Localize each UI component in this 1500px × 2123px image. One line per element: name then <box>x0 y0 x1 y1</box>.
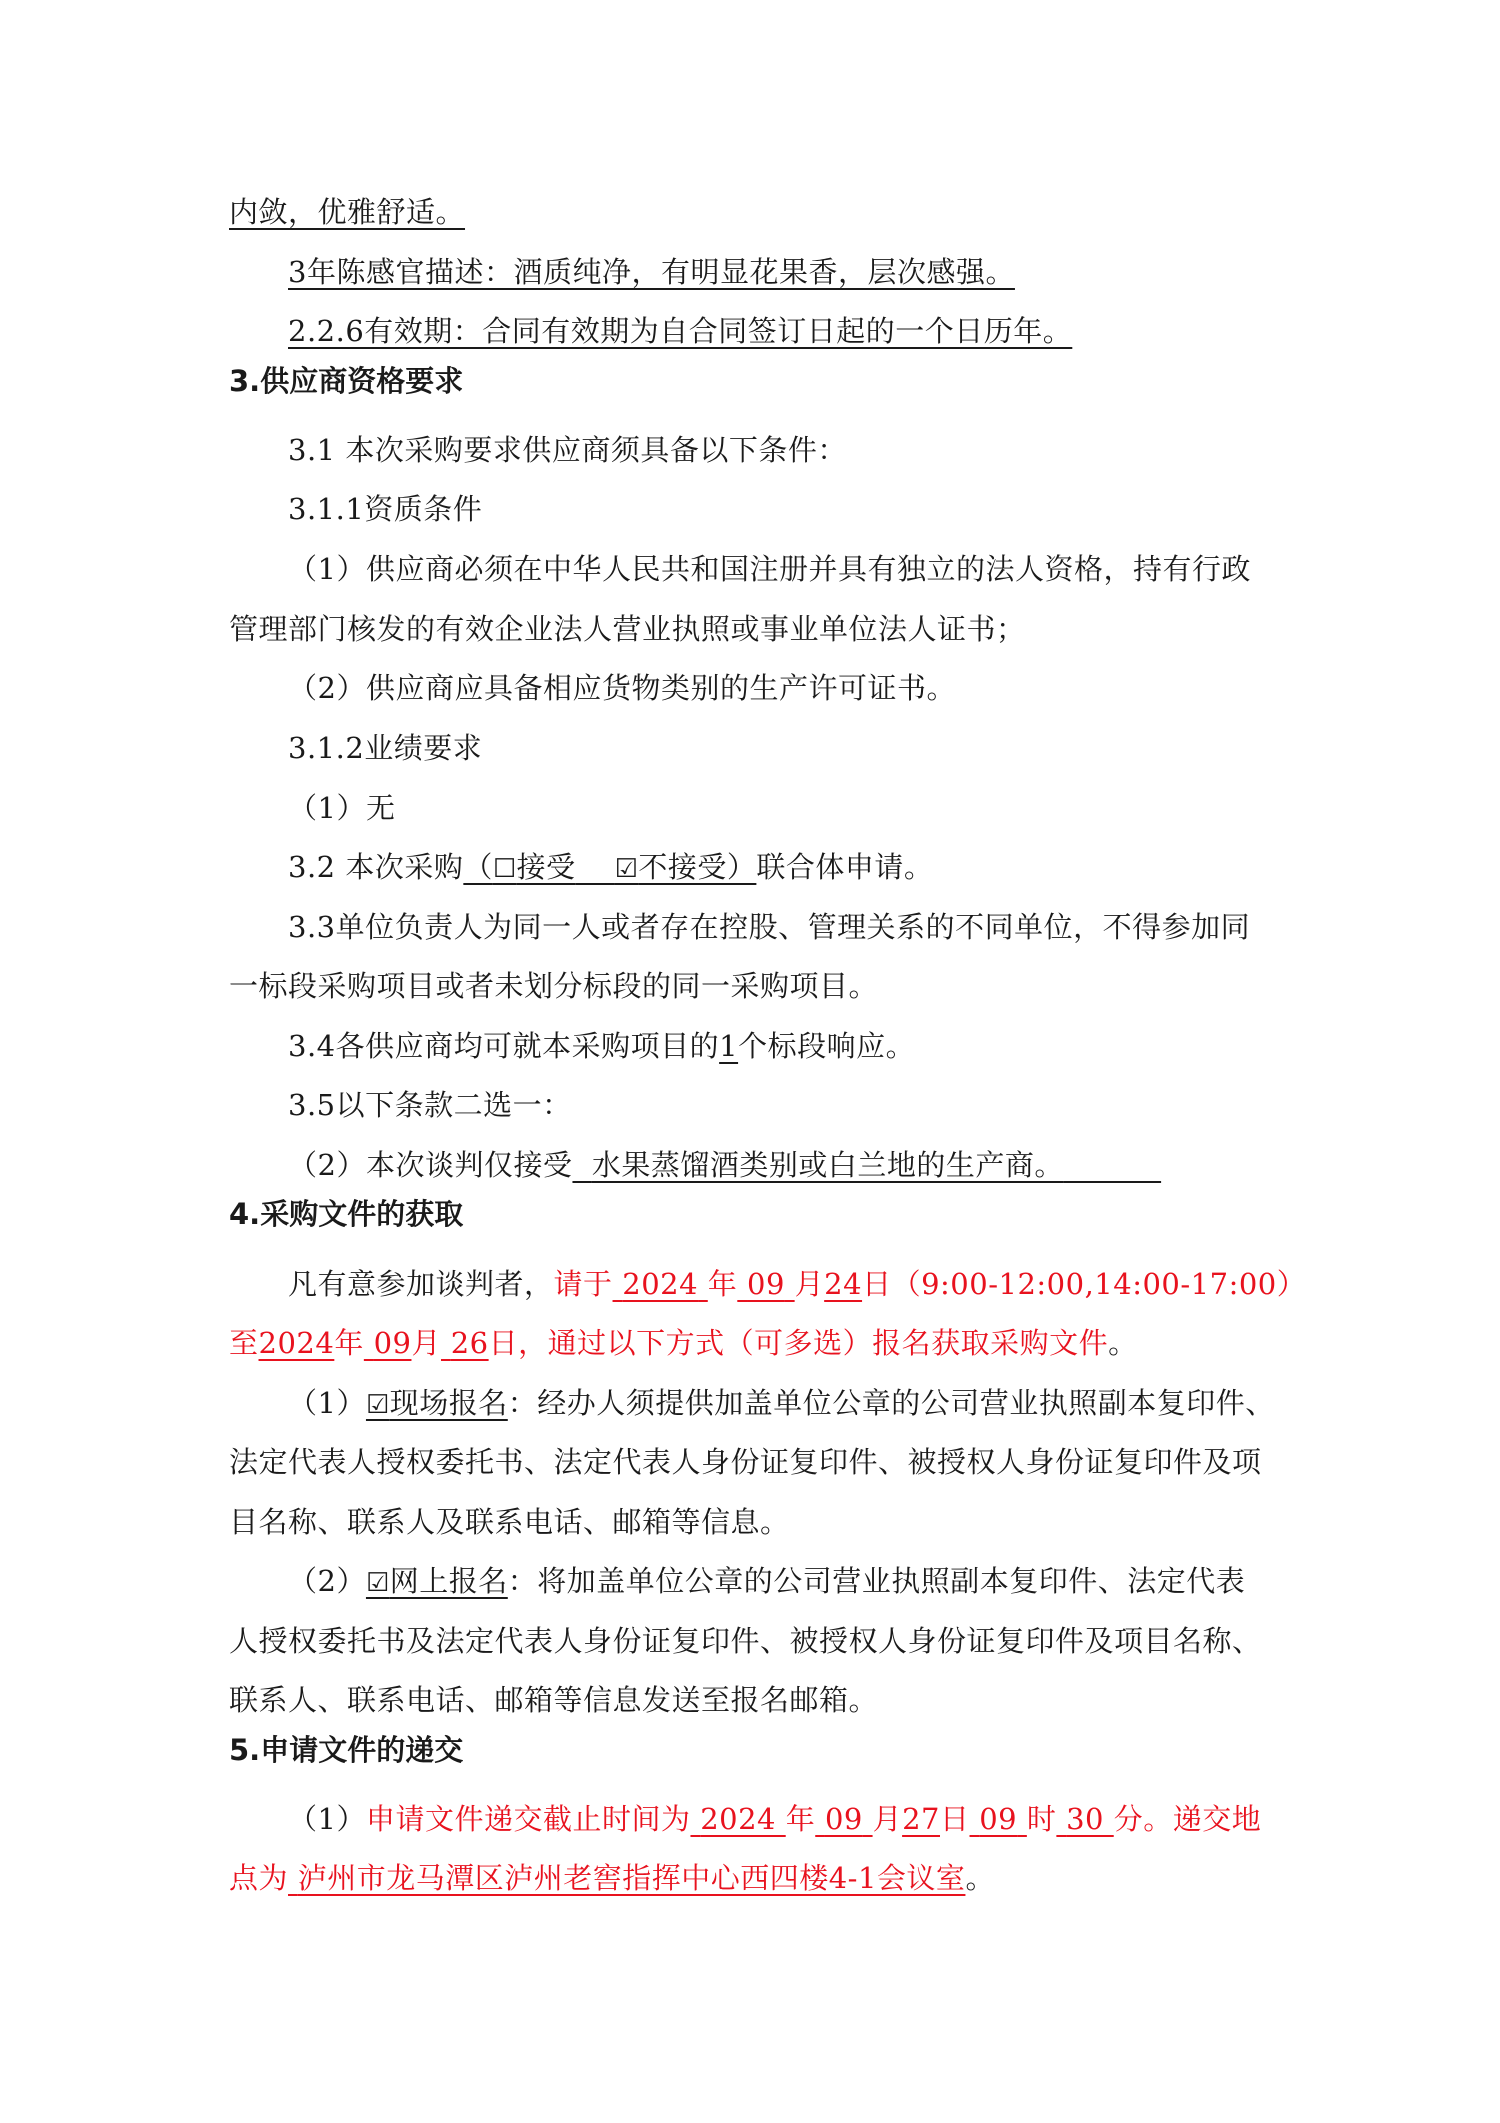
submission-item-number: （1） <box>288 1802 366 1836</box>
clause-3-2-suffix: 联合体申请。 <box>756 850 933 884</box>
continuation-text: 内敛，优雅舒适。 <box>229 192 465 232</box>
deadline-minute: 30 <box>1066 1802 1104 1836</box>
clause-3-5-item-2: （2）本次谈判仅接受 水果蒸馏酒类别或白兰地的生产商。 <box>288 1145 1161 1185</box>
clause-3-2-prefix: 3.2 本次采购 <box>288 850 463 884</box>
clause-3-4: 3.4各供应商均可就本采购项目的1个标段响应。 <box>288 1026 915 1066</box>
submission-location: 泸州市龙马潭区泸州老窖指挥中心西四楼4-1会议室 <box>298 1861 966 1895</box>
intro-red-2: 日，通过以下方式（可多选）报名获取采购文件 <box>489 1326 1109 1360</box>
office-hours: （9:00-12:00,14:00-17:00） <box>892 1267 1307 1301</box>
section-4-heading: 4.采购文件的获取 <box>229 1194 463 1234</box>
minute-label: 分。递交地 <box>1114 1802 1262 1836</box>
end-month: 09 <box>374 1326 412 1360</box>
clause-3-1: 3.1 本次采购要求供应商须具备以下条件： <box>288 430 847 470</box>
end-year: 2024 <box>259 1326 335 1360</box>
online-registration-line-2: 人授权委托书及法定代表人身份证复印件、被授权人身份证复印件及项目名称、 <box>229 1621 1262 1661</box>
clause-3-4-suffix: 个标段响应。 <box>738 1029 915 1063</box>
onsite-registration-line-1: （1）☑现场报名：经办人须提供加盖单位公章的公司营业执照副本复印件、 <box>288 1383 1275 1425</box>
year-label: 年 <box>786 1802 816 1836</box>
onsite-label: 现场报名 <box>390 1386 508 1420</box>
acquisition-intro-line-1: 凡有意参加谈判者，请于 2024 年 09 月24日（9:00-12:00,14… <box>288 1264 1306 1304</box>
clause-3-1-1: 3.1.1资质条件 <box>288 489 482 529</box>
online-registration-line-1: （2）☑网上报名：将加盖单位公章的公司营业执照副本复印件、法定代表 <box>288 1561 1245 1603</box>
document-page: 内敛，优雅舒适。 3年陈感官描述：酒质纯净，有明显花果香，层次感强。 2.2.6… <box>0 0 1500 2123</box>
start-year: 2024 <box>622 1267 698 1301</box>
lot-count: 1 <box>719 1029 738 1063</box>
location-prefix: 点为 <box>229 1861 288 1895</box>
clause-3-5: 3.5以下条款二选一： <box>288 1085 572 1125</box>
checked-box-icon[interactable]: ☑ <box>615 854 639 884</box>
day-label: 日 <box>940 1802 970 1836</box>
hour-blank: 09 <box>970 1802 1027 1836</box>
online-registration-line-3: 联系人、联系电话、邮箱等信息发送至报名邮箱。 <box>229 1680 878 1720</box>
month-blank: 09 <box>815 1802 872 1836</box>
onsite-text: ：经办人须提供加盖单位公章的公司营业执照副本复印件、 <box>508 1386 1275 1420</box>
deadline-month: 09 <box>825 1802 863 1836</box>
option-not-accept: 不接受） <box>638 850 756 884</box>
qualification-item-2: （2）供应商应具备相应货物类别的生产许可证书。 <box>288 668 956 708</box>
intro-black: 凡有意参加谈判者， <box>288 1267 554 1301</box>
start-year-blank: 2024 <box>613 1267 708 1301</box>
month-label: 月 <box>795 1267 825 1301</box>
online-registration-option[interactable]: ☑网上报名 <box>366 1564 508 1598</box>
year-label: 年 <box>708 1267 738 1301</box>
performance-item-1: （1）无 <box>288 788 395 828</box>
section-5-heading: 5.申请文件的递交 <box>229 1730 463 1770</box>
end-day: 26 <box>451 1326 489 1360</box>
onsite-number: （1） <box>288 1386 366 1420</box>
month-label: 月 <box>873 1802 903 1836</box>
clause-3-3-line-1: 3.3单位负责人为同一人或者存在控股、管理关系的不同单位，不得参加同 <box>288 907 1250 947</box>
accepted-producer-type: 水果蒸馏酒类别或白兰地的生产商。 <box>572 1148 1161 1182</box>
acquisition-intro-line-2: 至2024年 09月 26日，通过以下方式（可多选）报名获取采购文件。 <box>229 1323 1138 1363</box>
clause-3-5-item-2-prefix: （2）本次谈判仅接受 <box>288 1148 572 1182</box>
clause-3-1-2: 3.1.2业绩要求 <box>288 728 482 768</box>
location-blank: 泸州市龙马潭区泸州老窖指挥中心西四楼4-1会议室 <box>288 1861 965 1895</box>
onsite-registration-line-3: 目名称、联系人及联系电话、邮箱等信息。 <box>229 1502 790 1542</box>
checked-box-icon[interactable]: ☑ <box>366 1568 390 1598</box>
year-blank: 2024 <box>690 1802 785 1836</box>
aged-3yr-description: 3年陈感官描述：酒质纯净，有明显花果香，层次感强。 <box>288 252 1015 292</box>
hour-label: 时 <box>1027 1802 1057 1836</box>
year-label: 年 <box>334 1326 364 1360</box>
start-month: 09 <box>747 1267 785 1301</box>
validity-clause: 2.2.6有效期：合同有效期为自合同签订日起的一个日历年。 <box>288 311 1072 351</box>
open-paren: （ <box>463 850 493 884</box>
period: 。 <box>1108 1326 1138 1360</box>
clause-3-4-prefix: 3.4各供应商均可就本采购项目的 <box>288 1029 719 1063</box>
start-month-blank: 09 <box>737 1267 794 1301</box>
deadline-day: 27 <box>902 1802 940 1836</box>
submission-location-line: 点为 泸州市龙马潭区泸州老窖指挥中心西四楼4-1会议室。 <box>229 1858 995 1898</box>
unchecked-box-icon[interactable]: ☐ <box>493 854 517 884</box>
deadline-text: 申请文件递交截止时间为 <box>366 1802 691 1836</box>
minute-blank: 30 <box>1056 1802 1113 1836</box>
intro-red: 请于 <box>554 1267 613 1301</box>
day-label: 日 <box>862 1267 892 1301</box>
end-day-blank: 26 <box>441 1326 489 1360</box>
clause-3-2: 3.2 本次采购（☐接受 ☑不接受）联合体申请。 <box>288 847 933 889</box>
section-3-heading: 3.供应商资格要求 <box>229 361 463 401</box>
onsite-registration-option[interactable]: ☑现场报名 <box>366 1386 508 1420</box>
start-day: 24 <box>824 1267 862 1301</box>
option-accept: 接受 <box>517 850 576 884</box>
to-label: 至 <box>229 1326 259 1360</box>
end-month-blank: 09 <box>364 1326 412 1360</box>
submission-deadline: 申请文件递交截止时间为 2024 年 09 月27日 09 时 30 分。递交地 <box>366 1802 1261 1836</box>
acquisition-period: 请于 2024 年 09 月24日（9:00-12:00,14:00-17:00… <box>554 1267 1307 1301</box>
period: 。 <box>965 1861 995 1895</box>
onsite-registration-line-2: 法定代表人授权委托书、法定代表人身份证复印件、被授权人身份证复印件及项 <box>229 1442 1262 1482</box>
checked-box-icon[interactable]: ☑ <box>366 1390 390 1420</box>
online-text: ：将加盖单位公章的公司营业执照副本复印件、法定代表 <box>508 1564 1246 1598</box>
submission-deadline-line-1: （1）申请文件递交截止时间为 2024 年 09 月27日 09 时 30 分。… <box>288 1799 1261 1839</box>
deadline-year: 2024 <box>700 1802 776 1836</box>
qualification-item-1-line-2: 管理部门核发的有效企业法人营业执照或事业单位法人证书； <box>229 609 1026 649</box>
online-label: 网上报名 <box>390 1564 508 1598</box>
online-number: （2） <box>288 1564 366 1598</box>
deadline-hour: 09 <box>979 1802 1017 1836</box>
accepted-producer-value: 水果蒸馏酒类别或白兰地的生产商。 <box>592 1148 1064 1182</box>
qualification-item-1-line-1: （1）供应商必须在中华人民共和国注册并具有独立的法人资格，持有行政 <box>288 549 1251 589</box>
consortium-options: （☐接受 ☑不接受） <box>463 850 756 884</box>
clause-3-3-line-2: 一标段采购项目或者未划分标段的同一采购项目。 <box>229 966 878 1006</box>
month-label: 月 <box>411 1326 441 1360</box>
